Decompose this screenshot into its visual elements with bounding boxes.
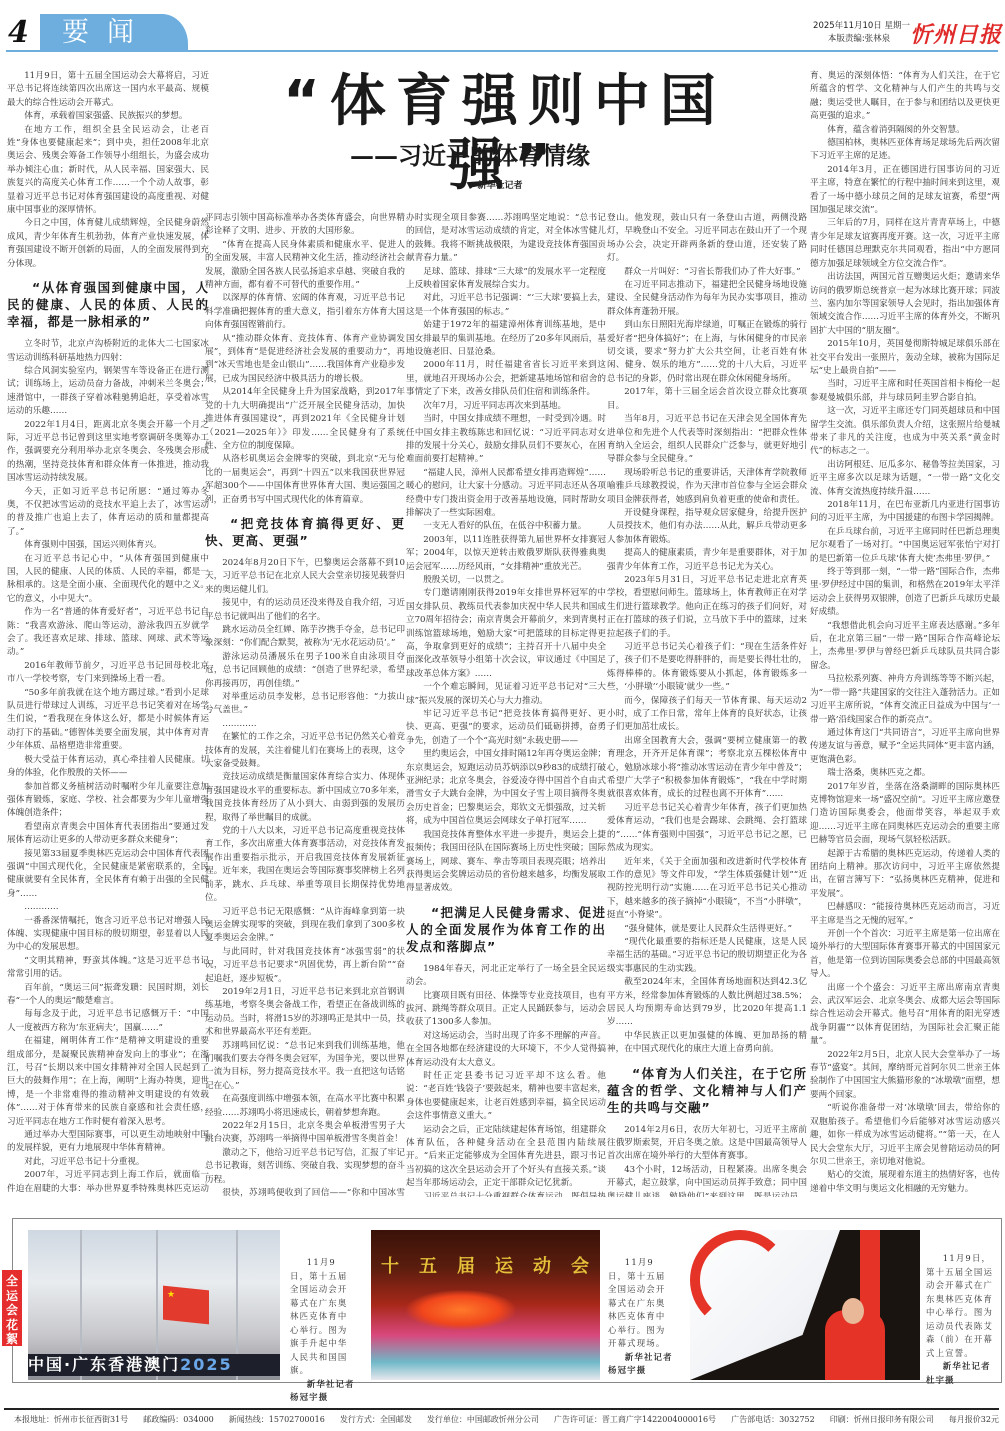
paragraph: 贴心的交流，展现着东道主的热情好客，也传递着中华文明与奥运文化相融的无穷魅力。 [810, 1169, 1000, 1195]
paragraph: “50多年前我就在这个地方踢过球。”看到小足球队员进行带球过人训练，习近平总书记… [7, 687, 209, 754]
photo-athlete-oath [690, 1230, 920, 1380]
paragraph: 我国竞技体育整体水平进一步提升，奥运会上捷报频传；我国田径队在国际赛场上历史性突… [406, 829, 606, 896]
paragraph: 接见第33届夏季奥林匹克运动会中国体育代表团强调“中国式现代化，全民健康是紧密联… [7, 848, 209, 902]
section-heading: “把满足人民健身需求、促进人的全面发展作为体育工作的出发点和落脚点” [406, 904, 606, 955]
paragraph: 对这场运动会，当时出现了许多不理解的声音。在全国各地都在经济建设的大环境下，不少… [406, 1030, 606, 1070]
photo-caption-1: 11月9日，第十五届全国运动会开幕式在广东奥林匹克体育中心举行。图为旗手升起中华… [290, 1256, 355, 1405]
paragraph: 专门邀请刚刚获得2019年女排世界杯冠军的中国女排队员、教练员代表参加庆祝中华人… [406, 587, 606, 681]
paragraph: 通过体育这门“共同语言”，习近平主席向世界传递友谊与善意，赋予“全运共同体”更丰… [810, 727, 1000, 767]
paragraph: 三年后的7月，同样在这片青青草场上，中德青少年足球友谊赛再度开赛。这一次，习近平… [810, 217, 1000, 271]
flower-prop [406, 1290, 516, 1330]
paragraph: 当年8月，习近平总书记在天津会见全国体育先进单位和先进个人代表等时深刻指出：“把… [607, 413, 807, 467]
athlete-face [842, 1298, 864, 1324]
paragraph: 群众一片叫好：“习省长帮我们办了件大好事。” [607, 266, 807, 279]
paragraph: 习近平总书记关心着青少年体育，孩子们更加热爱体育运动，“我们也是会踢球、会跳绳、… [607, 802, 807, 856]
newspaper-masthead: 忻州日报 [910, 18, 1002, 49]
paragraph: 以深厚的体育情、宏阔的体育观，习近平总书记科学准确把握体育的重大意义，指引着东方… [205, 292, 405, 332]
footer-postcode: 邮政编码：034000 [143, 1414, 214, 1425]
photo-credit: 新华社记者 杨冠宇摄 [290, 1378, 355, 1405]
paragraph: 2019年2月1日，习近平总书记来到北京首钢训练基地，考察冬奥会备战工作，看望正… [205, 986, 405, 1040]
section-heading: “从体育强国到健康中国，人民的健康、人民的体质、人民的幸福，都是一脉相承的” [7, 279, 209, 330]
paragraph: 现场聆听总书记的重要讲话，天津体育学院教师喻雅乒乓球教授说，作为天津市首位参与全… [607, 467, 807, 507]
page-editor: 本版责编:张林泉 [790, 33, 910, 46]
article-subheadline: ——习近平的体育情缘 [350, 142, 770, 170]
paragraph: 终于等到那一刻，“一带一路”国际合作，杰弗里·罗伊经过中国的集训，和格然在201… [810, 566, 1000, 620]
paragraph: 2014年3月，正在德国进行国事访问的习近平主席，特意在繁忙的行程中抽时间来到这… [810, 164, 1000, 218]
games-logo [690, 1230, 790, 1330]
paragraph: 极大受益于体育运动，真心牵挂着人民健康。切身的体验，化作殷殷的关怀—— [7, 754, 209, 781]
paragraph: 平同志引领中国高标准举办各类体育盛会，向世界精彩诠释了文明、进步、开放的大国形象… [205, 212, 405, 239]
photo-section-tag: 全运会花絮 [2, 1270, 22, 1346]
paragraph: 通过举办大型国际赛事，可以更生动地映射中国的发展样貌，更有力地展现中华体育精神。 [7, 1129, 209, 1156]
paragraph: 开创一个个首次：习近平主席是第一位出席在境外举行的大型国际体育赛事开幕式的中国国… [810, 928, 1000, 982]
paragraph: 很快，苏翊鸣便收到了回信——“你和中国冰雪健儿在冬奥赛场奋勇拼搏，超越自我，取得… [205, 1187, 405, 1197]
paragraph: 习近平总书记关心着孩子们：“现在生活条件好了，孩子们不是要吃得胖胖的，而是要长得… [607, 641, 807, 695]
paragraph: 43个小时，12场活动，日程紧凑。出席冬奥会开幕式，起立鼓掌，向中国运动员挥手致… [607, 1164, 807, 1197]
paragraph: 2014年2月6日，农历大年初七，习近平主席前往俄罗斯索契，开启冬奥之旅。这是中… [607, 1124, 807, 1164]
paragraph: 参加首都义务植树活动时嘱咐少年儿童要注意加强体育锻炼，家庭、学校、社会都要为少年… [7, 781, 209, 821]
paragraph: 在福建，阐明体育工作“是精神文明建设的重要组成部分，是凝聚民族精神奋发向上的事业… [7, 1035, 209, 1129]
paragraph: 从洛杉矶奥运会金牌零的突破，到北京“无与伦比的一届奥运会”，再到“十四五”以来我… [205, 453, 405, 507]
paragraph: 2017年，第十三届全运会首次设立群众比赛项目。 [607, 386, 807, 413]
paragraph: 立冬时节，北京卢沟桥附近的北体大二七国家冰雪运动训练科研基地热力四射： [7, 338, 209, 365]
stadium-banner: 中国·广东香港澳门2025 [28, 1354, 280, 1376]
paragraph: 对举重运动员李发彬，总书记形容他：“力拔山兮气盖世。” [205, 691, 405, 718]
paragraph: 截至2024年末，全国体育场地面积达到42.3亿平方米，经常参加体育锻炼的人数比… [607, 976, 807, 1030]
paragraph: 一个个难忘瞬间，见证着习近平总书记对“三大球”振兴发展的深切关心与大力推动。 [406, 681, 606, 708]
paragraph: 2000年11月，时任福建省省长习近平来到这里，就地召开现场办公会，把新建基地场… [406, 359, 606, 399]
paragraph: 一番番深情嘱托，饱含习近平总书记对增强人民体魄、实现健康中国目标的殷切期望，彰显… [7, 915, 209, 955]
paragraph: 2015年10月，英国曼彻斯特城足球俱乐部在社交平台发出一张照片，轰动全球，被称… [810, 338, 1000, 378]
paragraph: 近年来，《关于全面加强和改进新时代学校体育工作的意见》等文件印发，“学生体质强健… [607, 856, 807, 923]
paragraph: “福建人民，漳州人民都希望女排再造辉煌”……暖心的慰问，让大家十分感动。习近平同… [406, 467, 606, 521]
paragraph: 当时，中国女排成绩不理想，一时受到冷遇。时任中国女排主教练陈忠和回忆说：“习近平… [406, 413, 606, 467]
paragraph: 2024年8月20日下午，巴黎奥运会落幕不到10天，习近平总书记在北京人民大会堂… [205, 557, 405, 597]
paragraph: 2016年教师节前夕，习近平总书记回母校北京市八一学校考察，专门来到操场上看一看… [7, 660, 209, 687]
paragraph: 从2014年全民健身上升为国家战略，到2017年党的十九大明确提出“广泛开展全民… [205, 386, 405, 453]
paragraph: 始建于1972年的福建漳州体育训练基地，是中国女排最早的集训基地。在经历了20多… [406, 319, 606, 359]
article-column-4: 登山。他发现，鼓山只有一条登山古道，两侧没路灯，早晚登山不安全。习近平同志在鼓山… [607, 212, 807, 1197]
paragraph: 2022年2月15日，北京冬奥会单板滑雪男子大跳台决赛，苏翊鸣一举摘得中国单板滑… [205, 1120, 405, 1147]
paragraph: 2023年5月31日，习近平总书记走进北京育英学校，看望慰问师生。篮球场上，体育… [607, 574, 807, 641]
issue-date: 2025年11月10日 星期一 [790, 20, 910, 33]
footer-price: 每月报价32元 [949, 1414, 999, 1425]
footer-printer: 印刷：忻州日报印务有限公司 [830, 1414, 934, 1425]
paragraph: “现代化最重要的指标还是人民健康，这是人民幸福生活的基础。”习近平总书记的殷切期… [607, 936, 807, 976]
paragraph: 体育，承载着国家强盛、民族振兴的梦想。 [7, 110, 209, 123]
paragraph: 在繁忙的工作之余，习近平总书记仍然关心着竞技体育的发展，关注着健儿们在赛场上的表… [205, 731, 405, 771]
footer-ad-license: 广告许可证：晋工商广字1422004000016号 [554, 1414, 716, 1425]
paragraph: 从“推动群众体育、竞技体育、体育产业协调发展”，到体育“是促进经济社会发展的重要… [205, 333, 405, 387]
paragraph: 竞技运动成绩是衡量国家体育综合实力、体现体育强国建设水平的重要标志。新中国成立7… [205, 771, 405, 825]
section-heading: “把竞技体育搞得更好、更快、更高、更强” [205, 515, 405, 549]
paragraph: 开设健身课程，指导观众居家健身，给提升医护人员授技术，他们有办法……从此，解乒乓… [607, 507, 807, 547]
paragraph: “文明其精神，野蛮其体魄。”这是习近平总书记常常引用的话。 [7, 955, 209, 982]
paragraph: 习近平总书记无限感慨：“从许海峰拿到第一块奥运金牌实现零的突破，到现在我们拿到了… [205, 906, 405, 946]
paragraph: 起源于古希腊的奥林匹克运动，传递着人类的团结向上精神。那次访问中，习近平主席依然… [810, 848, 1000, 902]
photo-flag-raising: ★ 中国·广东香港澳门2025 [28, 1230, 280, 1380]
paragraph: 体育，蕴含着消弭隔阂的外交智慧。 [810, 124, 1000, 137]
paragraph: 这一次，习近平主席还专门同英超球员和中国留学生交流。俱乐部负责人介绍，这张照片给… [810, 405, 1000, 459]
paragraph: 出访阿根廷、厄瓜多尔、秘鲁等拉美国家，习近平主席多次以足球为话题，“一带一路”文… [810, 459, 1000, 499]
article-column-2: 平同志引领中国高标准举办各类体育盛会，向世界精彩诠释了文明、进步、开放的大国形象… [205, 212, 405, 1197]
paragraph: 2017年岁首，坐落在洛桑湖畔的国际奥林匹克博物馆迎来一场“盛况空前”。习近平主… [810, 781, 1000, 848]
screen-text: 十五届运动会 [381, 1252, 600, 1278]
paragraph: 育、奥运的深刻体悟：“体育为人们关注，在于它所蕴含的哲学、文化精神与人们产生的共… [810, 70, 1000, 124]
paragraph: 德国柏林，奥林匹亚体育场足球场先后两次留下习近平主席的足迹。 [810, 137, 1000, 164]
header-divider [6, 50, 998, 52]
paragraph: 今日之中国，体育健儿成绩辉煌，全民健身蔚然成风，青少年体育生机勃勃，体育产业快速… [7, 217, 209, 271]
paragraph: 一支无人看好的队伍，在低谷中积蓄力量。 [406, 520, 606, 533]
paragraph: 体育强则中国强，国运兴则体育兴。 [7, 539, 209, 552]
paragraph: 在乒乓球台前，习近平主席同时任巴新总理奥尼尔观看了一场对打。“中国奥运冠军张怡宁… [810, 526, 1000, 566]
paragraph: 百年前，“奥运三问”振聋发聩：民国时期，刘长春“一个人的奥运”酸楚难言。 [7, 982, 209, 1009]
page-header: 4 要闻 2025年11月10日 星期一 本版责编:张林泉 忻州日报 [0, 0, 1005, 60]
paragraph: 出席一个个盛会：习近平主席出席南京青奥会、武汉军运会、北京冬奥会、成都大运会等国… [810, 982, 1000, 1049]
caption-text: 11月9日，第十五届全国运动会开幕式在广东奥林匹克体育中心举行。图为旗手升起中华… [290, 1256, 355, 1378]
footer-address: 本报地址：忻州市长征西街31号 [14, 1414, 128, 1425]
article-column-5: 育、奥运的深刻体悟：“体育为人们关注，在于它所蕴含的哲学、文化精神与人们产生的共… [810, 70, 1000, 1195]
article-column-1: 11月9日，第十五届全国运动会大幕将启，习近平总书记将连续第四次出席这一国内水平… [7, 70, 209, 1195]
caption-text: 11月9日，第十五届全国运动会开幕式在广东奥林匹克体育中心举行。图为运动员代表陈… [926, 1252, 996, 1360]
paragraph: 2003年，以11连胜获得第九届世界杯女排赛冠军；2004年，以惊天逆转击败俄罗… [406, 534, 606, 574]
paragraph: 看望南京青奥会中国体育代表团指出“要通过发展体育运动让更多的人带动更多群众来健身… [7, 821, 209, 848]
caption-text: 11月9日，第十五届全国运动会开幕式在广东奥林匹克体育中心举行。图为开幕式现场。 [608, 1256, 673, 1351]
photo-caption-3: 11月9日，第十五届全国运动会开幕式在广东奥林匹克体育中心举行。图为运动员代表陈… [926, 1252, 996, 1387]
paragraph: 足球、篮球、排球“三大球”的发展水平一定程度上反映着国家体育发展综合实力。 [406, 266, 606, 293]
paragraph: 牢记习近平总书记“把竞技体育搞得更好、更快、更高、更强”的要求，运动员们砥砺拼搏… [406, 708, 606, 748]
paragraph: 时任正定县委书记习近平却不这么看。他说：“老百姓‘钱袋子’要鼓起来，精神也要丰富… [406, 1070, 606, 1124]
paragraph: 瑞士洛桑，奥林匹克之都。 [810, 767, 1000, 780]
paragraph: ………… [7, 901, 209, 914]
paragraph: 比赛项目既有田径、体操等专业竞技项目，也有拔河、跳绳等群众项目。正定人民踊跃参与… [406, 990, 606, 1030]
paragraph: 2022年2月5日，北京人民大会堂举办了一场春节“盛宴”。其间，摩纳哥元首阿尔贝… [810, 1049, 1000, 1103]
paragraph: 到山东日照阳光海岸绿道，叮嘱正在锻炼的骑行爱好者“把身体搞好”；在上海，与休闲健… [607, 319, 807, 386]
photo-caption-2: 11月9日，第十五届全国运动会开幕式在广东奥林匹克体育中心举行。图为开幕式现场。… [608, 1256, 673, 1378]
paragraph: 与此同时，针对我国竞技体育“冰强雪弱”的状况，习近平总书记要求“巩固优势，再上新… [205, 946, 405, 986]
paragraph: 出席全国教育大会，强调“要树立健康第一的教育理念，开齐开足体育课”；考察北京五棵… [607, 735, 807, 802]
section-title: 要闻 [62, 16, 152, 49]
article-byline: 新华社记者 [220, 178, 780, 191]
paragraph: “听说你准备带一对‘冰墩墩’回去，带给你的双胞胎孩子。希望他们今后能够对冰雪运动… [810, 1102, 1000, 1169]
paragraph: 对此，习近平总书记十分重视。 [7, 1156, 209, 1169]
paragraph: 而今，保障孩子们每天一节体育课、每天运动2小时，成了工作日常，常年上体育的良好状… [607, 695, 807, 735]
paragraph: 殷殷关切，一以贯之。 [406, 574, 606, 587]
paragraph: 提高人的健康素质，青少年是重要群体，对于加强青少年体育工作，习近平总书记尤为关心… [607, 547, 807, 574]
paragraph: “强身健体，就是要让人民群众生活得更好。” [607, 923, 807, 936]
article-column-3: 办时实现全项目参赛……苏翊鸣坚定地说：“总书记的回信，是对冰雪运动成绩的肯定，对… [406, 212, 606, 1197]
paragraph: 次年7月，习近平同志再次来到基地。 [406, 400, 606, 413]
paragraph: “我想借此机会向习近平主席表达感谢。”多年后，在北京第三届“一带一路”国际合作高… [810, 620, 1000, 674]
paragraph: 在高强度训练中增强本领，在高水平比赛中积累经验……苏翊鸣小将迅速成长，朝着梦想奔… [205, 1093, 405, 1120]
paragraph: 2007年，习近平同志到上海工作后，就面临一件迫在眉睫的大事：举办世界夏季特殊奥… [7, 1169, 209, 1195]
paragraph: 办时实现全项目参赛……苏翊鸣坚定地说：“总书记的回信，是对冰雪运动成绩的肯定，对… [406, 212, 606, 266]
paragraph: 里约奥运会，中国女排时隔12年再夺奥运金牌；东京奥运会，短跑运动员苏炳添以9秒8… [406, 748, 606, 828]
photo-opening-ceremony: 十五届运动会 [371, 1230, 600, 1380]
paragraph: 今天，正如习近平总书记所愿：“通过筹办冬奥，不仅把冰雪运动的竞技水平追上去了，冰… [7, 486, 209, 540]
paragraph: 游泳运动员潘展乐在男子100米自由泳项目夺冠，总书记回顾他的成绩：“创造了世界纪… [205, 651, 405, 691]
paragraph: 出访法国，两国元首互赠奥运火炬；邀请来华访问的俄罗斯总统普京一起为冰球比赛开球；… [810, 271, 1000, 338]
paragraph: 跳水运动员全红婵、陈芋汐携手夺金，总书记印象深刻：“你们配合默契，被称为‘无水花… [205, 624, 405, 651]
paragraph: 运动会之后，正定陆续建起体育场馆，组建群众体育队伍，各种健身活动在全县范围内陆续… [406, 1124, 606, 1191]
section-heading: “体育为人们关注，在于它所蕴含的哲学、文化精神与人们产生的共鸣与交融” [607, 1065, 807, 1116]
paragraph: “体育在提高人民身体素质和健康水平、促进人的全面发展，丰富人民精神文化生活，推动… [205, 239, 405, 293]
photo-credit: 新华社记者 杜宇摄 [926, 1360, 996, 1387]
paragraph: 登山。他发现，鼓山只有一条登山古道，两侧没路灯，早晚登山不安全。习近平同志在鼓山… [607, 212, 807, 266]
paragraph: 接见中，有的运动员还没来得及自我介绍，习近平总书记就叫出了他们的名字。 [205, 597, 405, 624]
banner-year: 2025 [180, 1355, 233, 1374]
paragraph: 习近平总书记十分重视群众体育运动，既倡导热爱运动的社会风气，也大力改善百姓健身条… [406, 1191, 606, 1197]
paragraph: 当时，习近平主席和时任英国首相卡梅伦一起参观曼城俱乐部，并与球员阿圭罗合影自拍。 [810, 378, 1000, 405]
paragraph: 作为一名“普通的体育爱好者”，习近平总书记自陈：“我喜欢游泳、爬山等运动，游泳我… [7, 606, 209, 660]
page-number: 4 [8, 16, 29, 50]
paragraph: ………… [205, 718, 405, 731]
footer-ad-phone: 广告部电话：3032752 [731, 1414, 815, 1425]
photo-credit: 新华社记者 杨冠宇摄 [608, 1351, 673, 1378]
paragraph: 苏翊鸣回忆说：“总书记来到我们训练基地，他们嘱我们要去夺得冬奥会冠军，为国争光，… [205, 1040, 405, 1094]
paragraph: 2022年1月4日，距离北京冬奥会开幕一个月之际，习近平总书记曾到这里实地考察调… [7, 419, 209, 486]
paragraph: 在习近平总书记心中，“从体育强国到健康中国，人民的健康、人民的体质、人民的幸福，… [7, 553, 209, 607]
paragraph: 11月9日，第十五届全国运动会大幕将启，习近平总书记将连续第四次出席这一国内水平… [7, 70, 209, 110]
banner-text: 中国·广东香港澳门 [28, 1355, 180, 1374]
paragraph: 党的十八大以来，习近平总书记高度重视竞技体育工作，多次出席重大体育赛事活动，对竞… [205, 825, 405, 905]
paragraph: 在习近平同志推动下，福建把全民健身场地设施建设、全民健身活动作为每年为民办实事项… [607, 279, 807, 319]
paragraph: 2018年11月，在巴布亚新几内亚进行国事访问的习近平主席，为中国援建的布图卡学… [810, 499, 1000, 526]
footer-divider [4, 1408, 999, 1410]
paragraph: 每每念及于此，习近平总书记感慨万千：“中国人一度被西方称为‘东亚病夫’，国羸……… [7, 1008, 209, 1035]
paragraph: 对此，习近平总书记强调：“‘三大球’要搞上去，这是一个体育强国的标志。” [406, 292, 606, 319]
paragraph: 中华民族正以更加强健的体魄、更加昂扬的精神，在中国式现代化的康庄大道上奋勇向前。 [607, 1030, 807, 1057]
footer-hotline: 新闻热线：15702700016 [229, 1414, 325, 1425]
paragraph: 巴赫感叹：“能接待奥林匹克运动而言，习近平主席是当之无愧的冠军。” [810, 901, 1000, 928]
paragraph: 在地方工作，组织全县全民运动会，让老百姓“身体也要健康起来”；到中央，担任200… [7, 124, 209, 218]
paragraph: 综合风洞实验室内，钢架雪车等设备正在进行测试；训练场上，运动员奋力备战，冲刺米兰… [7, 365, 209, 419]
section-tab: 要闻 [40, 14, 188, 51]
star-icon: ★ [167, 1290, 175, 1300]
paragraph: 激动之下，他给习近平总书记写信，汇报了牢记总书记教诲，刻苦训练、突破自我、实现梦… [205, 1147, 405, 1187]
publication-footer: 本报地址：忻州市长征西街31号 邮政编码：034000 新闻热线：1570270… [14, 1414, 999, 1425]
issue-info: 2025年11月10日 星期一 本版责编:张林泉 [790, 20, 910, 46]
footer-distributor: 发行单位：中国邮政忻州分公司 [427, 1414, 539, 1425]
paragraph: 马拉松系列赛、神舟方舟训练等等不断兴起，为“一带一路”共建国家的交往注入蓬勃活力… [810, 673, 1000, 727]
paragraph: 1984年春天，河北正定举行了一场全县全民运动会。 [406, 963, 606, 990]
footer-distribution: 发行方式：全国邮发 [340, 1414, 412, 1425]
